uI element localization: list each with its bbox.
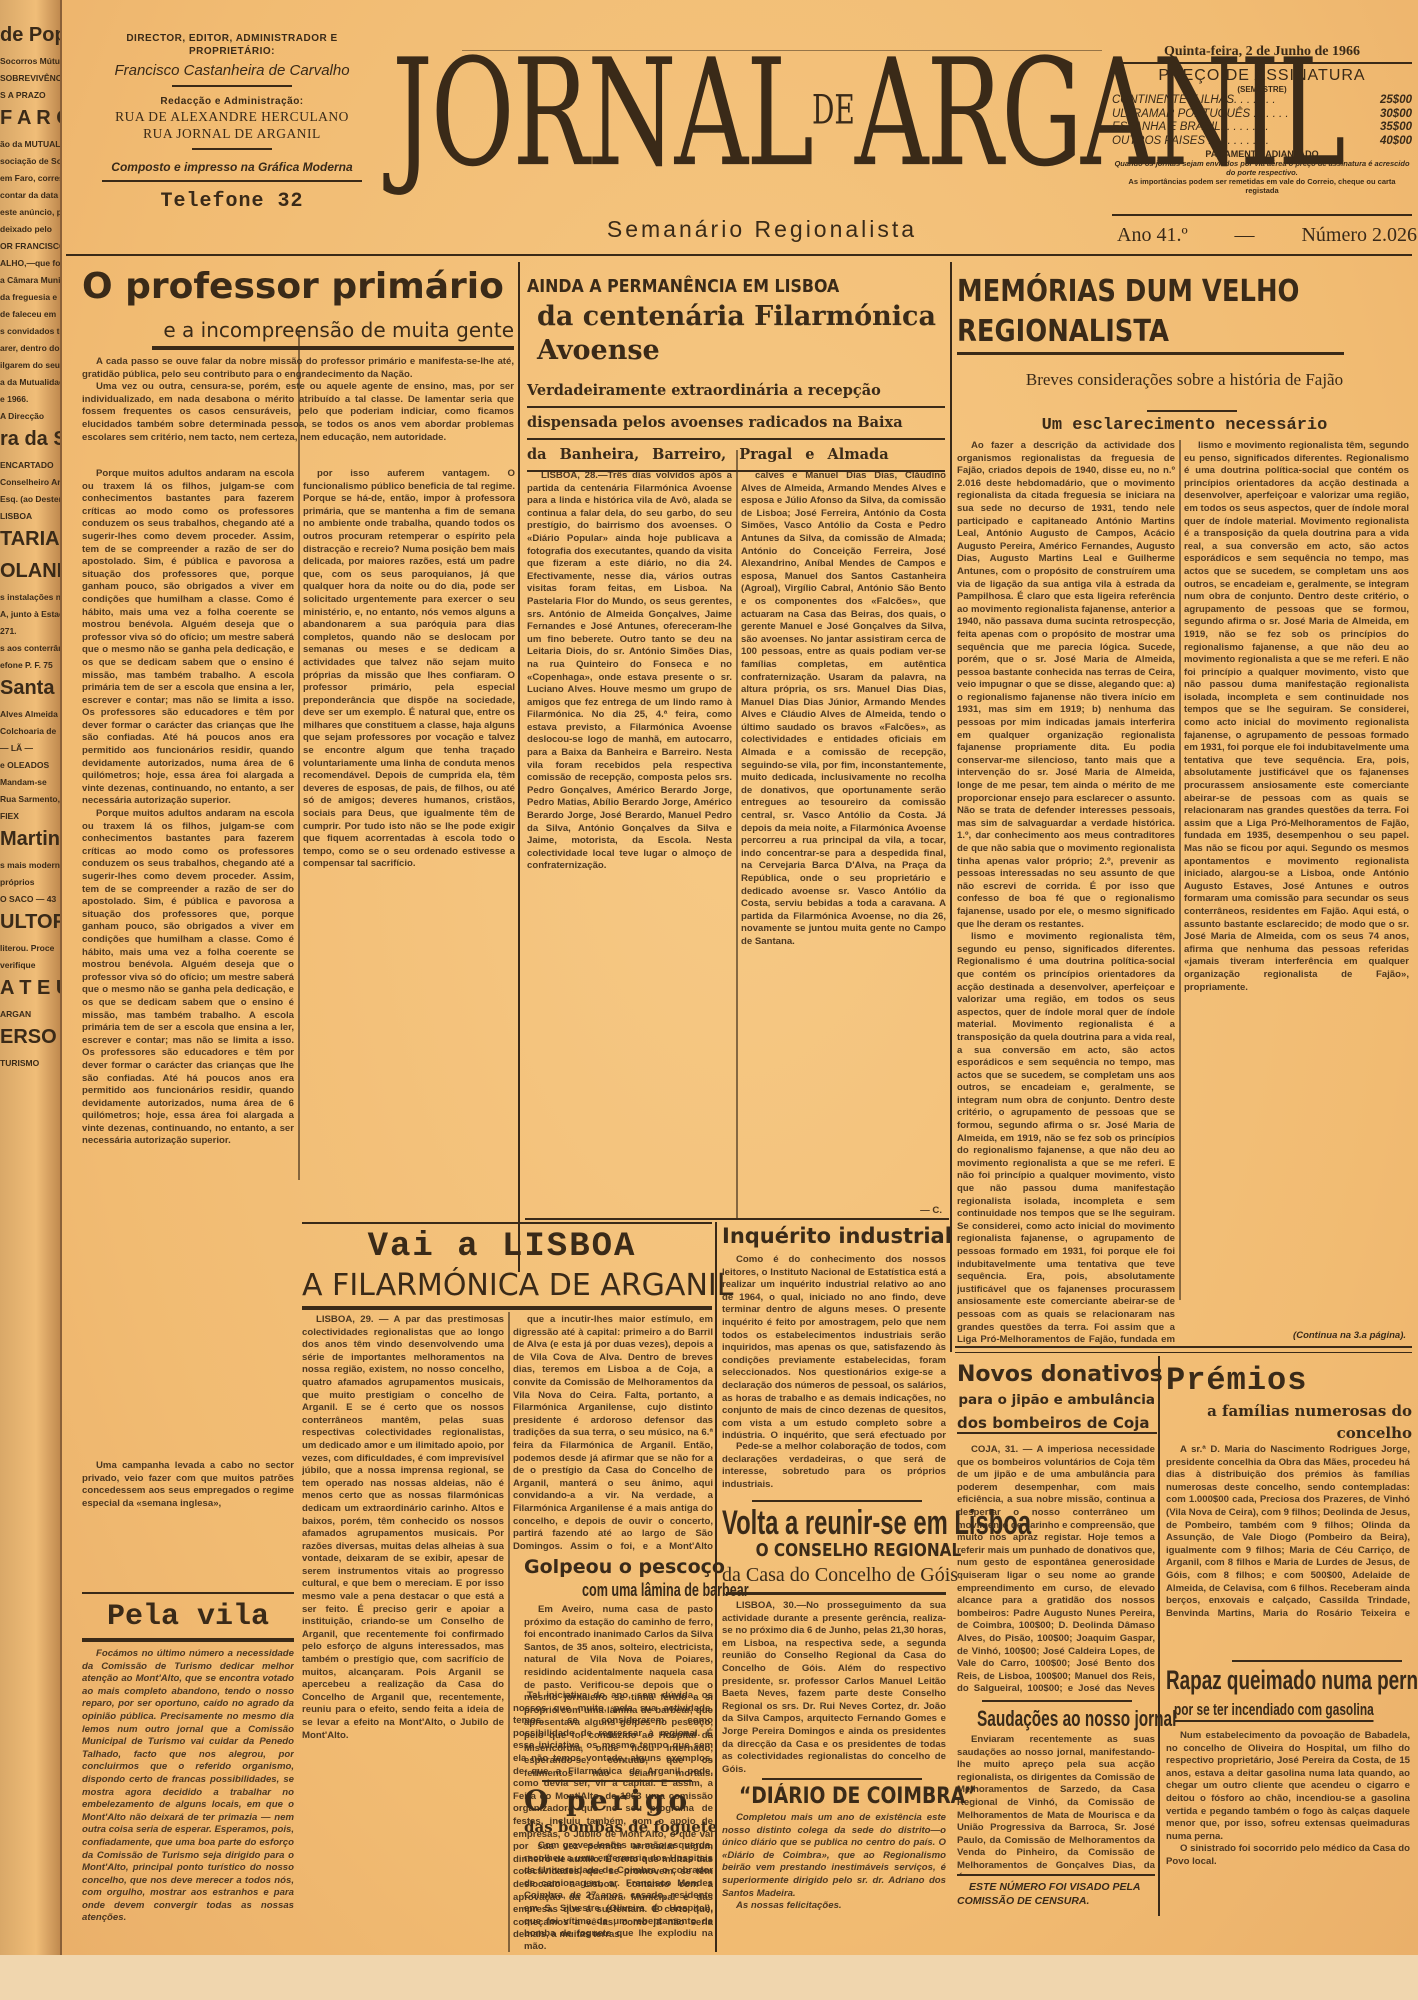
remittance-note: As importâncias podem ser remetidas em v… (1112, 177, 1412, 195)
paragraph: Ao fazer a descrição da actividade dos o… (957, 440, 1175, 931)
article-body-golpeou: Em Aveiro, numa casa de pasto próximo da… (524, 1604, 713, 1776)
article-body-memorias-col2: lismo e movimento regionalista têm, segu… (1184, 440, 1409, 1300)
margin-fragment: Rua Sarmento, 124 (0, 794, 62, 804)
margin-fragment: arer, dentro do (0, 343, 62, 353)
margin-fragment: LISBOA (0, 511, 62, 521)
divider (982, 1700, 1132, 1702)
price-label: CONTINENTE E ILHAS. . . . . . . (1112, 94, 1276, 108)
censorship-notice: ESTE NÚMERO FOI VISADO PELA COMISSÃO DE … (957, 1880, 1157, 1908)
price-value: 40$00 (1380, 135, 1412, 149)
margin-fragment: Martins (0, 828, 62, 851)
margin-fragment: Alves Almeida (0, 709, 62, 719)
margin-fragment: OR FRANCISCO (0, 241, 62, 251)
scan-background (0, 1955, 1418, 2000)
paragraph: Enviaram recentemente as suas saudações … (957, 1734, 1155, 1874)
headline-memorias: MEMÓRIAS DUM VELHO REGIONALISTA (957, 272, 1344, 355)
article-body-avoense-col1: LISBOA, 28.—Três dias volvidos após a pa… (527, 470, 732, 1215)
margin-fragment: 271. (0, 626, 62, 636)
price-label: ESPANHA E BRASIL. . . . . . . . (1112, 121, 1269, 135)
article-body-professor-col1: Porque muitos adultos andaram na escola … (82, 468, 294, 1458)
deck-line-2: dispensada pelos avoenses radicados na B… (527, 408, 945, 440)
margin-fragment: s instalações no (0, 592, 62, 602)
headline-filarmonica-arganil: A FILARMÓNICA DE ARGANIL (302, 1268, 712, 1303)
subhead-professor: e a incompreensão de muita gente (152, 318, 514, 342)
price-row: ULTRAMAR PORTUGUÊS . . . . . .30$00 (1112, 108, 1412, 122)
price-row: CONTINENTE E ILHAS. . . . . . .25$00 (1112, 94, 1412, 108)
paragraph: Num estabelecimento da povoação de Babad… (1166, 1730, 1410, 1843)
subscription-period: (SEMESTRE) (1112, 85, 1412, 94)
dash: — (1235, 224, 1255, 247)
margin-fragment: ERSO (0, 1026, 62, 1049)
masthead-bottom-rule (66, 254, 1412, 256)
title-de: DE (812, 86, 855, 134)
headline-rapaz-queimado: Rapaz queimado numa perna (1166, 1665, 1418, 1696)
subhead-familias: a famílias numerosas do concelho (1166, 1400, 1412, 1444)
margin-fragment: Esq. (ao Desterro (0, 494, 62, 504)
subhead-jipao: para o jipão e ambulância (957, 1392, 1155, 1408)
paragraph: lismo e movimento regionalista têm, segu… (1184, 440, 1409, 994)
column-rule (950, 262, 952, 1352)
divider (726, 1592, 946, 1595)
article-body-rapaz: Num estabelecimento da povoação de Babad… (1166, 1730, 1410, 1880)
divider (1232, 1660, 1402, 1662)
headline-premios: Prémios (1166, 1362, 1412, 1399)
newspaper-subtitle: Semanário Regionalista (392, 216, 1132, 243)
subhead-bombeiros-coja: dos bombeiros de Coja (957, 1414, 1157, 1434)
subhead-memorias: Breves considerações sobre a história de… (957, 370, 1412, 390)
margin-fragment: A, junto à Estação (0, 609, 62, 619)
headline-golpeou: Golpeou o pescoço (524, 1556, 714, 1578)
masthead-staff-block: DIRECTOR, EDITOR, ADMINISTRADOR E PROPRI… (82, 32, 382, 213)
margin-fragment: s mais moderno (0, 860, 62, 870)
margin-fragment: sociação de Soc (0, 156, 62, 166)
divider (192, 148, 272, 150)
divider (762, 1778, 922, 1780)
article-body-vai-lisboa-col1: LISBOA, 29. — A par das prestimosas cole… (302, 1314, 504, 1944)
divider (102, 180, 362, 182)
paragraph: As nossas felicitações. (722, 1900, 946, 1913)
margin-fragment: este anúncio, para (0, 207, 62, 217)
newspaper-title: JORNALDEARGANIL (392, 38, 1132, 187)
title-part-1: JORNAL (392, 28, 812, 201)
paragraph: A sr.ª D. Maria do Nascimento Rodrigues … (1166, 1444, 1410, 1619)
address-line-1: RUA DE ALEXANDRE HERCULANO (82, 108, 382, 125)
article-body-novos-donativos: COJA, 31. — A imperiosa necessidade que … (957, 1444, 1155, 1696)
margin-fragment: S A PRAZO (0, 90, 62, 100)
issue-date: Quinta-feira, 2 de Junho de 1966 (1112, 44, 1412, 64)
margin-fragment: de Popula (0, 24, 62, 47)
paragraph: Em Aveiro, numa casa de pasto próximo da… (524, 1604, 713, 1776)
price-value: 35$00 (1380, 121, 1412, 135)
divider (542, 1780, 692, 1782)
subhead-lamina: com uma lâmina de barbear (582, 1580, 749, 1601)
margin-fragment: Santa Cru (0, 677, 62, 700)
address-line-2: RUA JORNAL DE ARGANIL (82, 125, 382, 142)
margin-fragment: de faleceu em (0, 309, 62, 319)
price-row: ESPANHA E BRASIL. . . . . . . .35$00 (1112, 121, 1412, 135)
phone-number: Telefone 32 (82, 190, 382, 213)
year-label: Ano 41.º (1117, 224, 1188, 247)
column-rule (1179, 440, 1181, 1300)
article-body-vai-lisboa-col2: que a incutir-lhes maior estímulo, em di… (513, 1314, 713, 1554)
paragraph: LISBOA, 29. — A par das prestimosas cole… (302, 1314, 504, 1742)
price-value: 25$00 (1380, 94, 1412, 108)
column-rule (1158, 1356, 1160, 1916)
divider (302, 1222, 712, 1224)
article-body-avoense-col2: calves e Manuel Dias Dias, Cláudino Alve… (741, 470, 946, 1205)
masthead-subscription-block: Quinta-feira, 2 de Junho de 1966 PREÇO D… (1112, 44, 1412, 195)
divider (1112, 214, 1412, 216)
price-label: OUTROS PAISES . . . . . . . . . . (1112, 135, 1269, 149)
paragraph: por isso auferem vantagem. O funcionalis… (303, 468, 515, 871)
divider (752, 1500, 922, 1502)
margin-fragment: F A R O (0, 107, 62, 130)
article-body-saudacoes: Enviaram recentemente as suas saudações … (957, 1734, 1155, 1874)
margin-fragment: Mandam-se (0, 777, 62, 787)
printer-line: Composto e impresso na Gráfica Moderna (82, 160, 382, 174)
kicker-ainda-a-permanencia: AINDA A PERMANÊNCIA EM LISBOA (527, 276, 897, 297)
margin-fragment: A T E U S (0, 977, 62, 1000)
headline-perigo: O perigo (524, 1784, 714, 1817)
divider (955, 1352, 1412, 1353)
headline-filarmonica-avoense: da centenária Filarmónica Avoense (537, 300, 947, 368)
avoense-signoff: — C. (882, 1205, 942, 1218)
paragraph: calves e Manuel Dias Dias, Cláudino Alve… (741, 470, 946, 949)
margin-fragment: ALHO,—que foi (0, 258, 62, 268)
margin-fragment: literou. Proce (0, 943, 62, 953)
headline-diario-coimbra: “DIÁRIO DE COIMBRA” (739, 1784, 931, 1809)
margin-fragment: próprios (0, 877, 62, 887)
airmail-note: Quando os jornais sejam enviados por via… (1112, 159, 1412, 177)
paragraph: LISBOA, 30.—No prosseguimento da sua act… (722, 1600, 946, 1775)
subhead-casa-concelho-gois: da Casa do Concelho de Góis (722, 1564, 948, 1587)
divider (957, 1874, 1155, 1876)
article-body-professor-lead: A cada passo se ouve falar da nobre miss… (82, 356, 514, 466)
article-closing-inquerito: Pede-se a melhor colaboração de todos, c… (722, 1441, 946, 1497)
margin-fragment: s aos conterrâneos (0, 643, 62, 653)
price-value: 30$00 (1380, 108, 1412, 122)
paragraph: lismo e movimento regionalista têm, segu… (957, 931, 1175, 1345)
margin-fragment: a da Mutualidade (0, 377, 62, 387)
column-rule (736, 450, 738, 1220)
paragraph: Com graves lesões na mão esquerda, recol… (524, 1840, 713, 1950)
paragraph: Uma vez ou outra, censura-se, porém, est… (82, 381, 514, 444)
headline-professor: O professor primário (82, 266, 512, 307)
issue-number: Número 2.026 (1301, 224, 1417, 247)
headline-inquerito: Inquérito industrial (722, 1224, 947, 1248)
margin-fragment: Colchoaria de (0, 726, 62, 736)
divider (955, 1346, 1412, 1348)
margin-fragment: ra da Silva (0, 428, 62, 451)
article-body-memorias-col1: Ao fazer a descrição da actividade dos o… (957, 440, 1175, 1345)
paragraph: Focámos no último número a necessidade d… (82, 1648, 294, 1925)
office-label: Redacção e Administração: (82, 95, 382, 108)
headline-conselho-regional: O CONSELHO REGIONAL (756, 1540, 946, 1561)
margin-fragment: TARIA (0, 528, 62, 551)
divider (525, 1218, 949, 1220)
margin-fragment: deixado pelo (0, 224, 62, 234)
margin-fragment: ENCARTADO (0, 460, 62, 470)
paragraph: Uma campanha levada a cabo no sector pri… (82, 1460, 294, 1510)
divider (172, 85, 292, 87)
margin-fragment: Socorros Mútuos (0, 56, 62, 66)
margin-fragment: e 1966. (0, 394, 62, 404)
paragraph: Porque muitos adultos andaram na escola … (82, 808, 294, 1148)
margin-fragment: da freguesia e (0, 292, 62, 302)
divider (82, 1638, 294, 1642)
margin-fragment: contar da data do (0, 190, 62, 200)
margin-fragment: ULTOR (0, 911, 62, 934)
divider (82, 1592, 294, 1594)
continued-note: (Continua na 3.a página). (1184, 1330, 1406, 1341)
kicker-vai-a-lisboa: Vai a LISBOA (302, 1228, 702, 1266)
subhead-gasolina: por se ter incendiado com gasolina (1174, 1700, 1374, 1722)
subhead-bombas-foguete: das bombas de foguete (524, 1818, 714, 1836)
article-body-pela-vila: Focámos no último número a necessidade d… (82, 1648, 294, 1948)
paragraph: LISBOA, 28.—Três dias volvidos após a pa… (527, 470, 732, 873)
section-title-esclarecimento: Um esclarecimento necessário (957, 416, 1412, 435)
margin-fragment: ilgarem do seu (0, 360, 62, 370)
margin-fragment: ão da MUTUALI (0, 139, 62, 149)
article-body-premios: A sr.ª D. Maria do Nascimento Rodrigues … (1166, 1444, 1410, 1619)
subscription-title: PREÇO DE ASSINATURA (1112, 67, 1412, 85)
article-body-perigo: Com graves lesões na mão esquerda, recol… (524, 1840, 713, 1950)
price-row: OUTROS PAISES . . . . . . . . . .40$00 (1112, 135, 1412, 149)
paragraph: A cada passo se ouve falar da nobre miss… (82, 356, 514, 381)
divider (152, 346, 514, 350)
margin-fragment: Conselheiro Arant (0, 477, 62, 487)
headline-saudacoes: Saudações ao nosso jornal (977, 1706, 1176, 1732)
article-body-conselho-regional: LISBOA, 30.—No prosseguimento da sua act… (722, 1600, 946, 1775)
margin-fragment: e OLEADOS (0, 760, 62, 770)
divider (302, 1306, 712, 1310)
margin-fragment: a Câmara Munic (0, 275, 62, 285)
paragraph: Como é do conhecimento dos nossos leitor… (722, 1254, 946, 1440)
paragraph: que a incutir-lhes maior estímulo, em di… (513, 1314, 713, 1554)
article-body-inquerito: Como é do conhecimento dos nossos leitor… (722, 1254, 946, 1440)
margin-fragment: OLANI (0, 560, 62, 583)
margin-fragment: em Faro, corres (0, 173, 62, 183)
margin-fragment: O SACO — 43 (0, 894, 62, 904)
paragraph: COJA, 31. — A imperiosa necessidade que … (957, 1444, 1155, 1696)
article-body-professor-closing: Uma campanha levada a cabo no sector pri… (82, 1460, 294, 1580)
price-table: CONTINENTE E ILHAS. . . . . . .25$00ULTR… (1112, 94, 1412, 148)
paragraph: Completou mais um ano de existência este… (722, 1812, 946, 1900)
director-name: Francisco Castanheira de Carvalho (82, 62, 382, 79)
deck-line-3: da Banheira, Barreiro, Pragal e Almada (527, 440, 945, 472)
margin-fragment: efone P. F. 75 (0, 660, 62, 670)
margin-fragment: SOBREVIVÊNCIA (0, 73, 62, 83)
newspaper-page: DIRECTOR, EDITOR, ADMINISTRADOR E PROPRI… (62, 0, 1418, 1955)
margin-fragment: A Direcção (0, 411, 62, 421)
margin-fragment: FIEX (0, 811, 62, 821)
paragraph: O sinistrado foi socorrido pelo médico d… (1166, 1843, 1410, 1868)
margin-fragment: verifique (0, 960, 62, 970)
article-body-diario-coimbra: Completou mais um ano de existência este… (722, 1812, 946, 1932)
left-page-margin: de PopulaSocorros MútuosSOBREVIVÊNCIAS A… (0, 0, 62, 1955)
payment-note: PAGAMENTO ADIANTADO (1112, 149, 1412, 159)
margin-fragment: — LÃ — (0, 743, 62, 753)
headline-memorias-text: MEMÓRIAS DUM VELHO REGIONALISTA (957, 272, 1344, 355)
price-label: ULTRAMAR PORTUGUÊS . . . . . . (1112, 108, 1289, 122)
deck-filarmonica-avoense: Verdadeiramente extraordinária a recepçã… (527, 376, 945, 472)
issue-number-line: Ano 41.º — Número 2.026 (1117, 224, 1417, 247)
column-rule (508, 1312, 510, 1952)
divider (1147, 410, 1237, 412)
article-body-professor-col2: por isso auferem vantagem. O funcionalis… (303, 468, 515, 1208)
margin-fragment: s convidados todos (0, 326, 62, 336)
margin-fragment: ARGAN (0, 1009, 62, 1019)
headline-pela-vila: Pela vila (82, 1600, 294, 1634)
margin-fragment: TURISMO (0, 1058, 62, 1068)
staff-label: DIRECTOR, EDITOR, ADMINISTRADOR E PROPRI… (82, 32, 382, 58)
column-rule (518, 262, 520, 1272)
deck-line-1: Verdadeiramente extraordinária a recepçã… (527, 376, 945, 408)
paragraph: Porque muitos adultos andaram na escola … (82, 468, 294, 808)
headline-novos-donativos: Novos donativos (957, 1362, 1157, 1387)
paragraph: Pede-se a melhor colaboração de todos, c… (722, 1441, 946, 1491)
